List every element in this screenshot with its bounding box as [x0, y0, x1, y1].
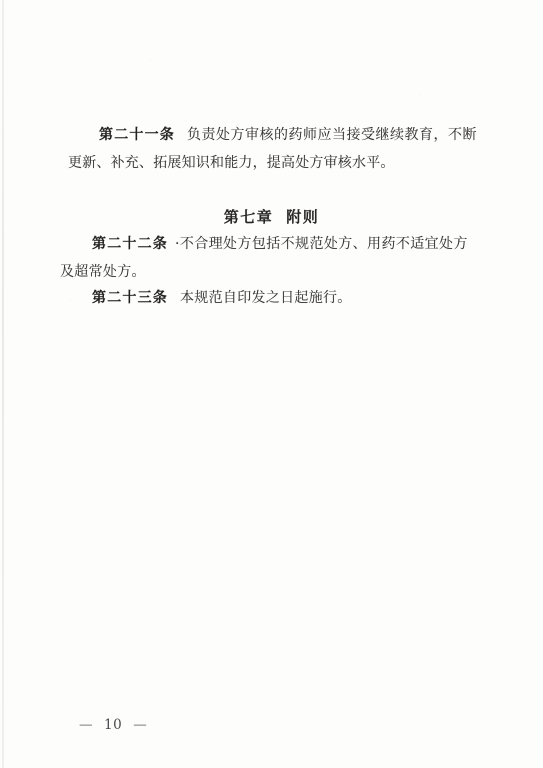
document-page: 第二十一条负责处方审核的药师应当接受继续教育，不断 更新、补充、拓展知识和能力，…: [0, 0, 543, 768]
article-22-text-1: ·不合理处方包括不规范处方、用药不适宜处方: [175, 236, 468, 252]
article-23-label: 第二十三条: [92, 290, 168, 306]
article-21-text-2: 更新、补充、拓展知识和能力，提高处方审核水平。: [68, 155, 395, 171]
article-23-line: 第二十三条本规范自印发之日起施行。: [92, 288, 352, 308]
article-21-label: 第二十一条: [99, 127, 175, 143]
page-number: 10: [104, 717, 122, 733]
page-footer: — 10 —: [79, 717, 147, 733]
article-22-line-1: 第二十二条·不合理处方包括不规范处方、用药不适宜处方: [92, 234, 468, 254]
scan-edge-artifact: [2, 0, 4, 768]
footer-right-dash: —: [133, 718, 147, 732]
article-23-text: 本规范自印发之日起施行。: [180, 290, 352, 306]
article-22-text-2: 及超常处方。: [60, 264, 146, 280]
article-22-line-2: 及超常处方。: [60, 262, 146, 282]
article-22-label: 第二十二条: [92, 236, 168, 252]
article-21-line-2: 更新、补充、拓展知识和能力，提高处方审核水平。: [68, 153, 395, 173]
footer-left-dash: —: [79, 718, 93, 732]
article-21-line-1: 第二十一条负责处方审核的药师应当接受继续教育，不断: [99, 125, 477, 145]
chapter-7-heading: 第七章附则: [0, 206, 543, 228]
article-21-text-1: 负责处方审核的药师应当接受继续教育，不断: [187, 127, 477, 143]
chapter-number: 第七章: [224, 208, 274, 226]
chapter-title: 附则: [286, 208, 319, 226]
